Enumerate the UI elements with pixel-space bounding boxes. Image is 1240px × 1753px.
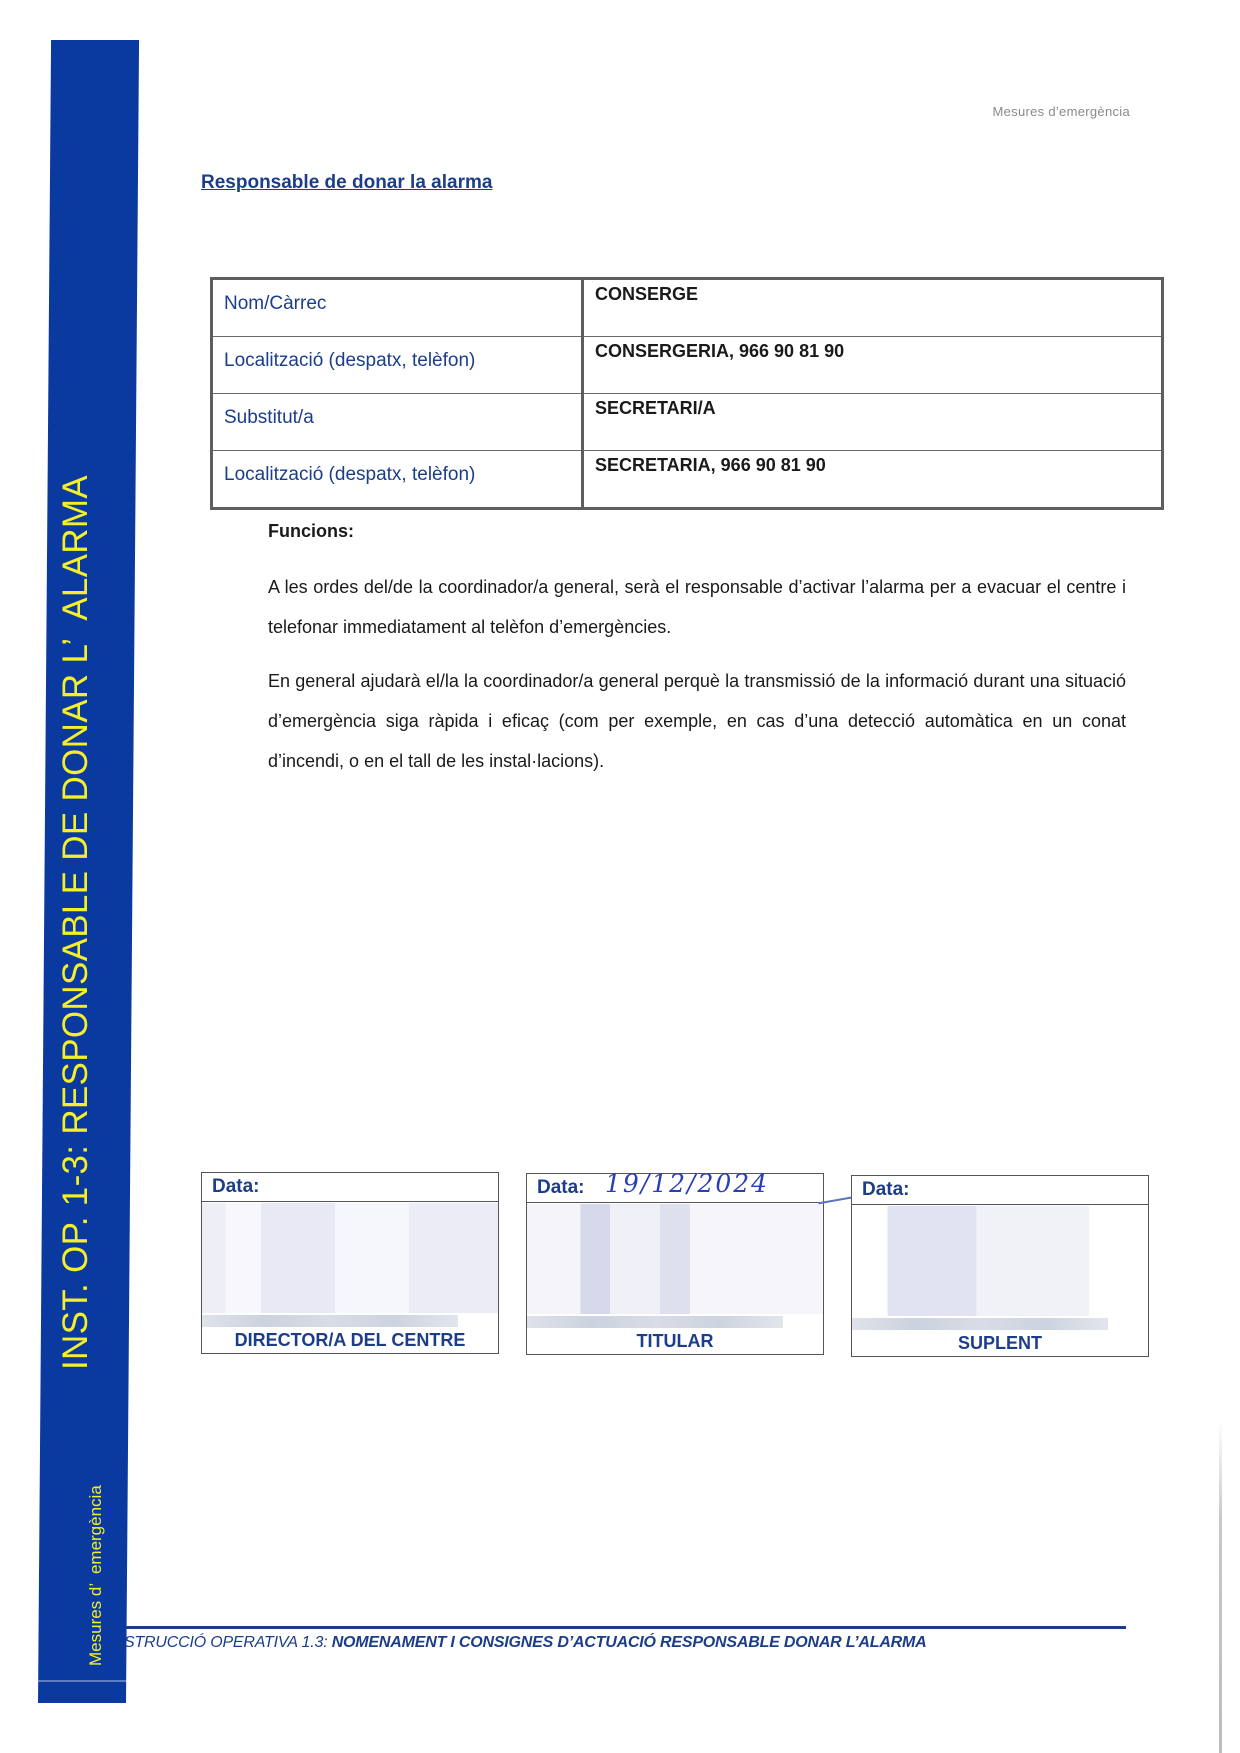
- functions-section: Funcions: A les ordes del/de la coordina…: [268, 521, 1126, 795]
- footer-prefix: STRUCCIÓ OPERATIVA 1.3:: [124, 1634, 332, 1651]
- table-row: Nom/Càrrec CONSERGE: [212, 279, 1163, 337]
- scan-edge: [1219, 1420, 1222, 1753]
- footer-caption: STRUCCIÓ OPERATIVA 1.3: NOMENAMENT I CON…: [124, 1634, 927, 1652]
- running-header: Mesures d’emergència: [992, 104, 1130, 119]
- footer-rule: [126, 1626, 1126, 1629]
- redacted-signature: [202, 1203, 498, 1313]
- table-row: Substitut/a SECRETARI/A: [212, 394, 1163, 451]
- side-banner-subtitle: Mesures d’ emergència: [85, 1436, 107, 1666]
- signature-role: SUPLENT: [852, 1333, 1148, 1354]
- signature-box-director: Data: DIRECTOR/A DEL CENTRE: [201, 1172, 499, 1354]
- signature-box-titular: Data: 19/12/2024 TITULAR: [526, 1173, 824, 1355]
- redacted-name: [202, 1315, 458, 1327]
- row-value: SECRETARI/A: [583, 394, 1163, 451]
- row-value: CONSERGE: [583, 279, 1163, 337]
- date-value: 19/12/2024: [605, 1170, 769, 1198]
- functions-paragraph: A les ordes del/de la coordinador/a gene…: [268, 567, 1126, 647]
- table-row: Localització (despatx, telèfon) SECRETAR…: [212, 451, 1163, 509]
- row-label: Nom/Càrrec: [212, 279, 583, 337]
- signature-box-suplent: Data: SUPLENT: [851, 1175, 1149, 1357]
- redacted-name: [852, 1318, 1108, 1330]
- side-banner-title: INST. OP. 1-3: RESPONSABLE DE DONAR L’ A…: [56, 350, 96, 1370]
- redacted-signature: [527, 1204, 823, 1314]
- date-row: Data:: [202, 1173, 498, 1202]
- scan-artifact: [38, 1680, 126, 1682]
- redacted-signature: [852, 1206, 1148, 1316]
- row-label: Localització (despatx, telèfon): [212, 337, 583, 394]
- row-value: SECRETARIA, 966 90 81 90: [583, 451, 1163, 509]
- redacted-name: [527, 1316, 783, 1328]
- responsible-table: Nom/Càrrec CONSERGE Localització (despat…: [210, 277, 1164, 510]
- footer-title: NOMENAMENT I CONSIGNES D’ACTUACIÓ RESPON…: [332, 1634, 927, 1651]
- section-title: Responsable de donar la alarma: [201, 172, 492, 194]
- row-label: Substitut/a: [212, 394, 583, 451]
- date-row: Data: 19/12/2024: [527, 1174, 823, 1203]
- date-row: Data:: [852, 1176, 1148, 1205]
- row-value: CONSERGERIA, 966 90 81 90: [583, 337, 1163, 394]
- signature-role: TITULAR: [527, 1331, 823, 1352]
- functions-paragraph: En general ajudarà el/la la coordinador/…: [268, 661, 1126, 781]
- date-label: Data:: [212, 1176, 260, 1197]
- signature-role: DIRECTOR/A DEL CENTRE: [202, 1330, 498, 1351]
- date-label: Data:: [537, 1177, 585, 1198]
- date-label: Data:: [862, 1179, 910, 1200]
- table-row: Localització (despatx, telèfon) CONSERGE…: [212, 337, 1163, 394]
- functions-heading: Funcions:: [268, 521, 1126, 542]
- row-label: Localització (despatx, telèfon): [212, 451, 583, 509]
